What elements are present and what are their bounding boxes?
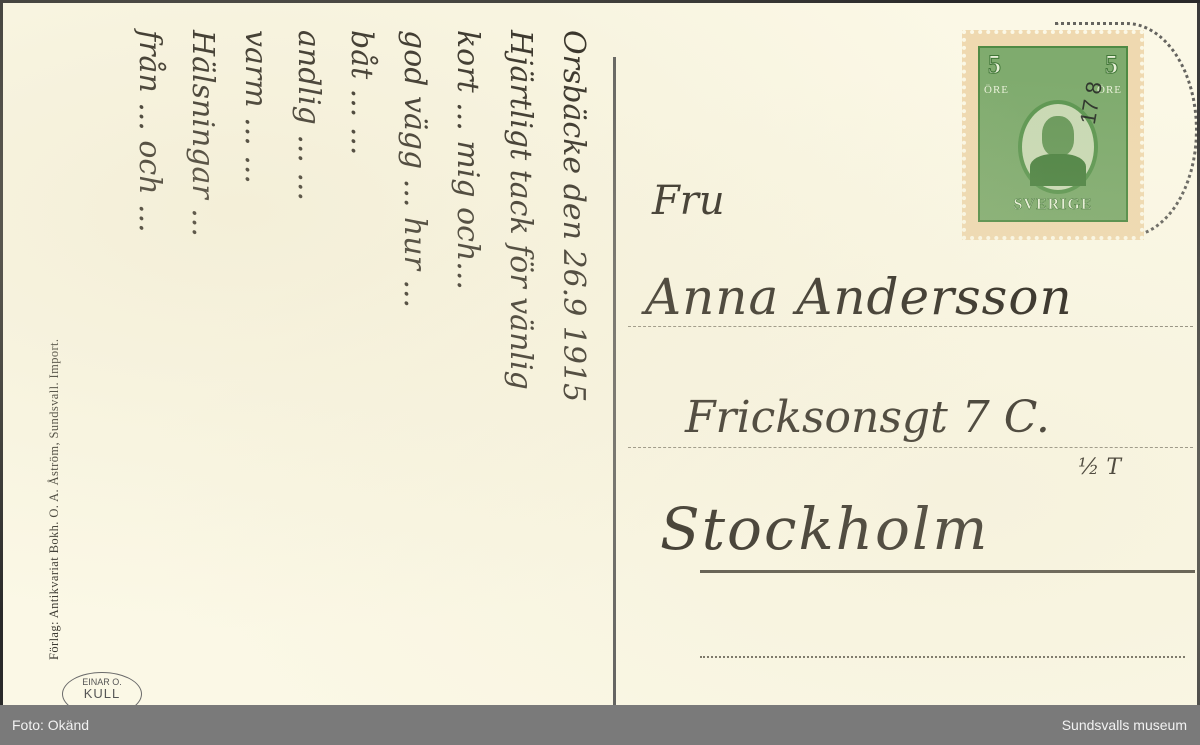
address-line-3 bbox=[700, 570, 1195, 573]
postage-stamp: 5 5 ÖRE ÖRE SVERIGE bbox=[962, 30, 1144, 240]
message-line: kort ... mig och... bbox=[441, 30, 494, 690]
address-line-2 bbox=[628, 447, 1193, 448]
postcard-back: Förlag: Antikvariat Bokh. O. A. Åström, … bbox=[0, 0, 1200, 705]
message-line: Hälsningar ... bbox=[176, 30, 229, 690]
photo-credit: Foto: Okänd bbox=[12, 717, 89, 733]
handwritten-message: Orsbäcke den 26.9 1915 Hjärtligt tack fö… bbox=[123, 30, 600, 690]
address-street: Fricksonsgt 7 C. bbox=[685, 392, 1050, 443]
stamp-design: 5 5 ÖRE ÖRE SVERIGE bbox=[978, 46, 1128, 222]
stamp-country: SVERIGE bbox=[980, 196, 1126, 214]
address-salutation: Fru bbox=[652, 178, 725, 224]
message-line: god vägg ... hur ... bbox=[388, 30, 441, 690]
message-line: Hjärtligt tack för vänlig bbox=[494, 30, 547, 690]
address-line-1 bbox=[628, 326, 1193, 327]
address-recipient: Anna Andersson bbox=[645, 268, 1073, 326]
message-line: varm ... ... bbox=[229, 30, 282, 690]
stamp-currency-left: ÖRE bbox=[984, 84, 1009, 96]
message-line: båt ... ... bbox=[335, 30, 388, 690]
stamp-value-left: 5 bbox=[988, 50, 1001, 80]
message-line: Orsbäcke den 26.9 1915 bbox=[547, 30, 600, 690]
stamp-value-right: 5 bbox=[1105, 50, 1118, 80]
publisher-imprint: Förlag: Antikvariat Bokh. O. A. Åström, … bbox=[47, 339, 62, 660]
institution-name[interactable]: Sundsvalls museum bbox=[1062, 717, 1187, 733]
message-line: andlig ... ... bbox=[282, 30, 335, 690]
address-city: Stockholm bbox=[660, 495, 989, 563]
message-line: från ... och ... bbox=[123, 30, 176, 690]
credit-bar: Foto: Okänd Sundsvalls museum bbox=[0, 705, 1200, 745]
center-divider bbox=[613, 57, 616, 705]
address-floor-note: ½ T bbox=[1078, 455, 1121, 480]
address-line-4 bbox=[700, 656, 1185, 658]
